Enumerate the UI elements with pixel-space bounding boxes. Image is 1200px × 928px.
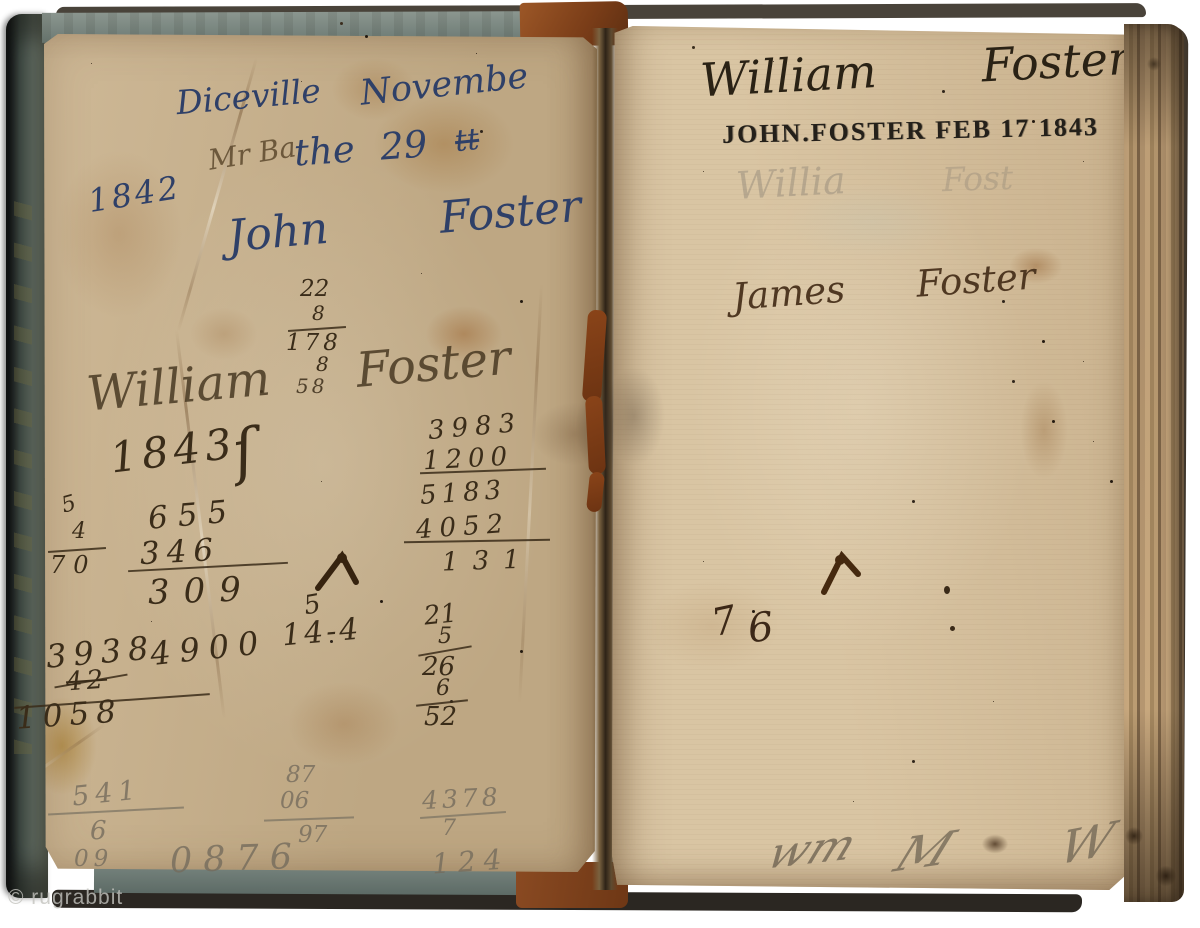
paper-crease [518, 284, 543, 704]
calc-figure: 22 [300, 278, 329, 301]
calc-figure: 5 [438, 626, 452, 648]
calc-figure: 5183 [419, 477, 507, 509]
pencil-figure: 541 [71, 776, 143, 810]
calc-figure: 14-4 [281, 615, 363, 652]
ink-dot [950, 626, 955, 631]
pencil-figure: 87 [286, 764, 315, 787]
photo-watermark: © rugrabbit [8, 886, 123, 910]
calc-figure: 8 [312, 303, 325, 323]
calc-figure: 131 [442, 546, 534, 575]
ghost-pencil-text: Willia [735, 161, 847, 205]
calc-figure: 6 [436, 678, 450, 700]
pencil-figure: 06 [280, 790, 309, 813]
ink-scribble: 6 [746, 607, 775, 649]
foxing-speckles-right [692, 46, 695, 49]
calc-total: 1058 [15, 696, 124, 734]
pencil-figure: 0876 [169, 840, 303, 880]
left-cover-board-edge [6, 14, 48, 898]
calc-figure: 52 [424, 704, 457, 730]
pencil-figure: 124 [431, 845, 510, 878]
right-flyleaf-page [612, 26, 1130, 890]
inscription-date-phrase: the 29 [293, 125, 429, 171]
pencil-figure: 6 [90, 818, 107, 844]
ink-checkmark-right [806, 548, 870, 604]
ink-checkmark-left [312, 548, 374, 600]
rust-leather-fragment [586, 471, 605, 512]
inscription-date-suffix: tt [453, 125, 480, 157]
calc-figure: 346 [139, 535, 221, 570]
pencil-figure: 09 [74, 848, 113, 871]
calc-figure: 309 [147, 572, 255, 610]
calc-figure: 3983 [427, 410, 523, 444]
page-block-fore-edge [1124, 24, 1184, 902]
photo-open-antique-book: Diceville Novembe Mr Ba the 29 tt 1842 J… [0, 0, 1200, 928]
foxing-speckles-left [340, 22, 343, 25]
calc-figure: 4 [72, 521, 86, 543]
calc-figure: 4052 [415, 511, 511, 544]
ink-dot [944, 586, 950, 594]
pencil-figure: 7 [442, 818, 456, 840]
calc-figure: 70 [50, 553, 97, 577]
calc-figure: 655 [147, 496, 239, 535]
pencil-figure: 4378 [421, 784, 502, 813]
ghost-pencil-text: Fost [941, 161, 1013, 196]
